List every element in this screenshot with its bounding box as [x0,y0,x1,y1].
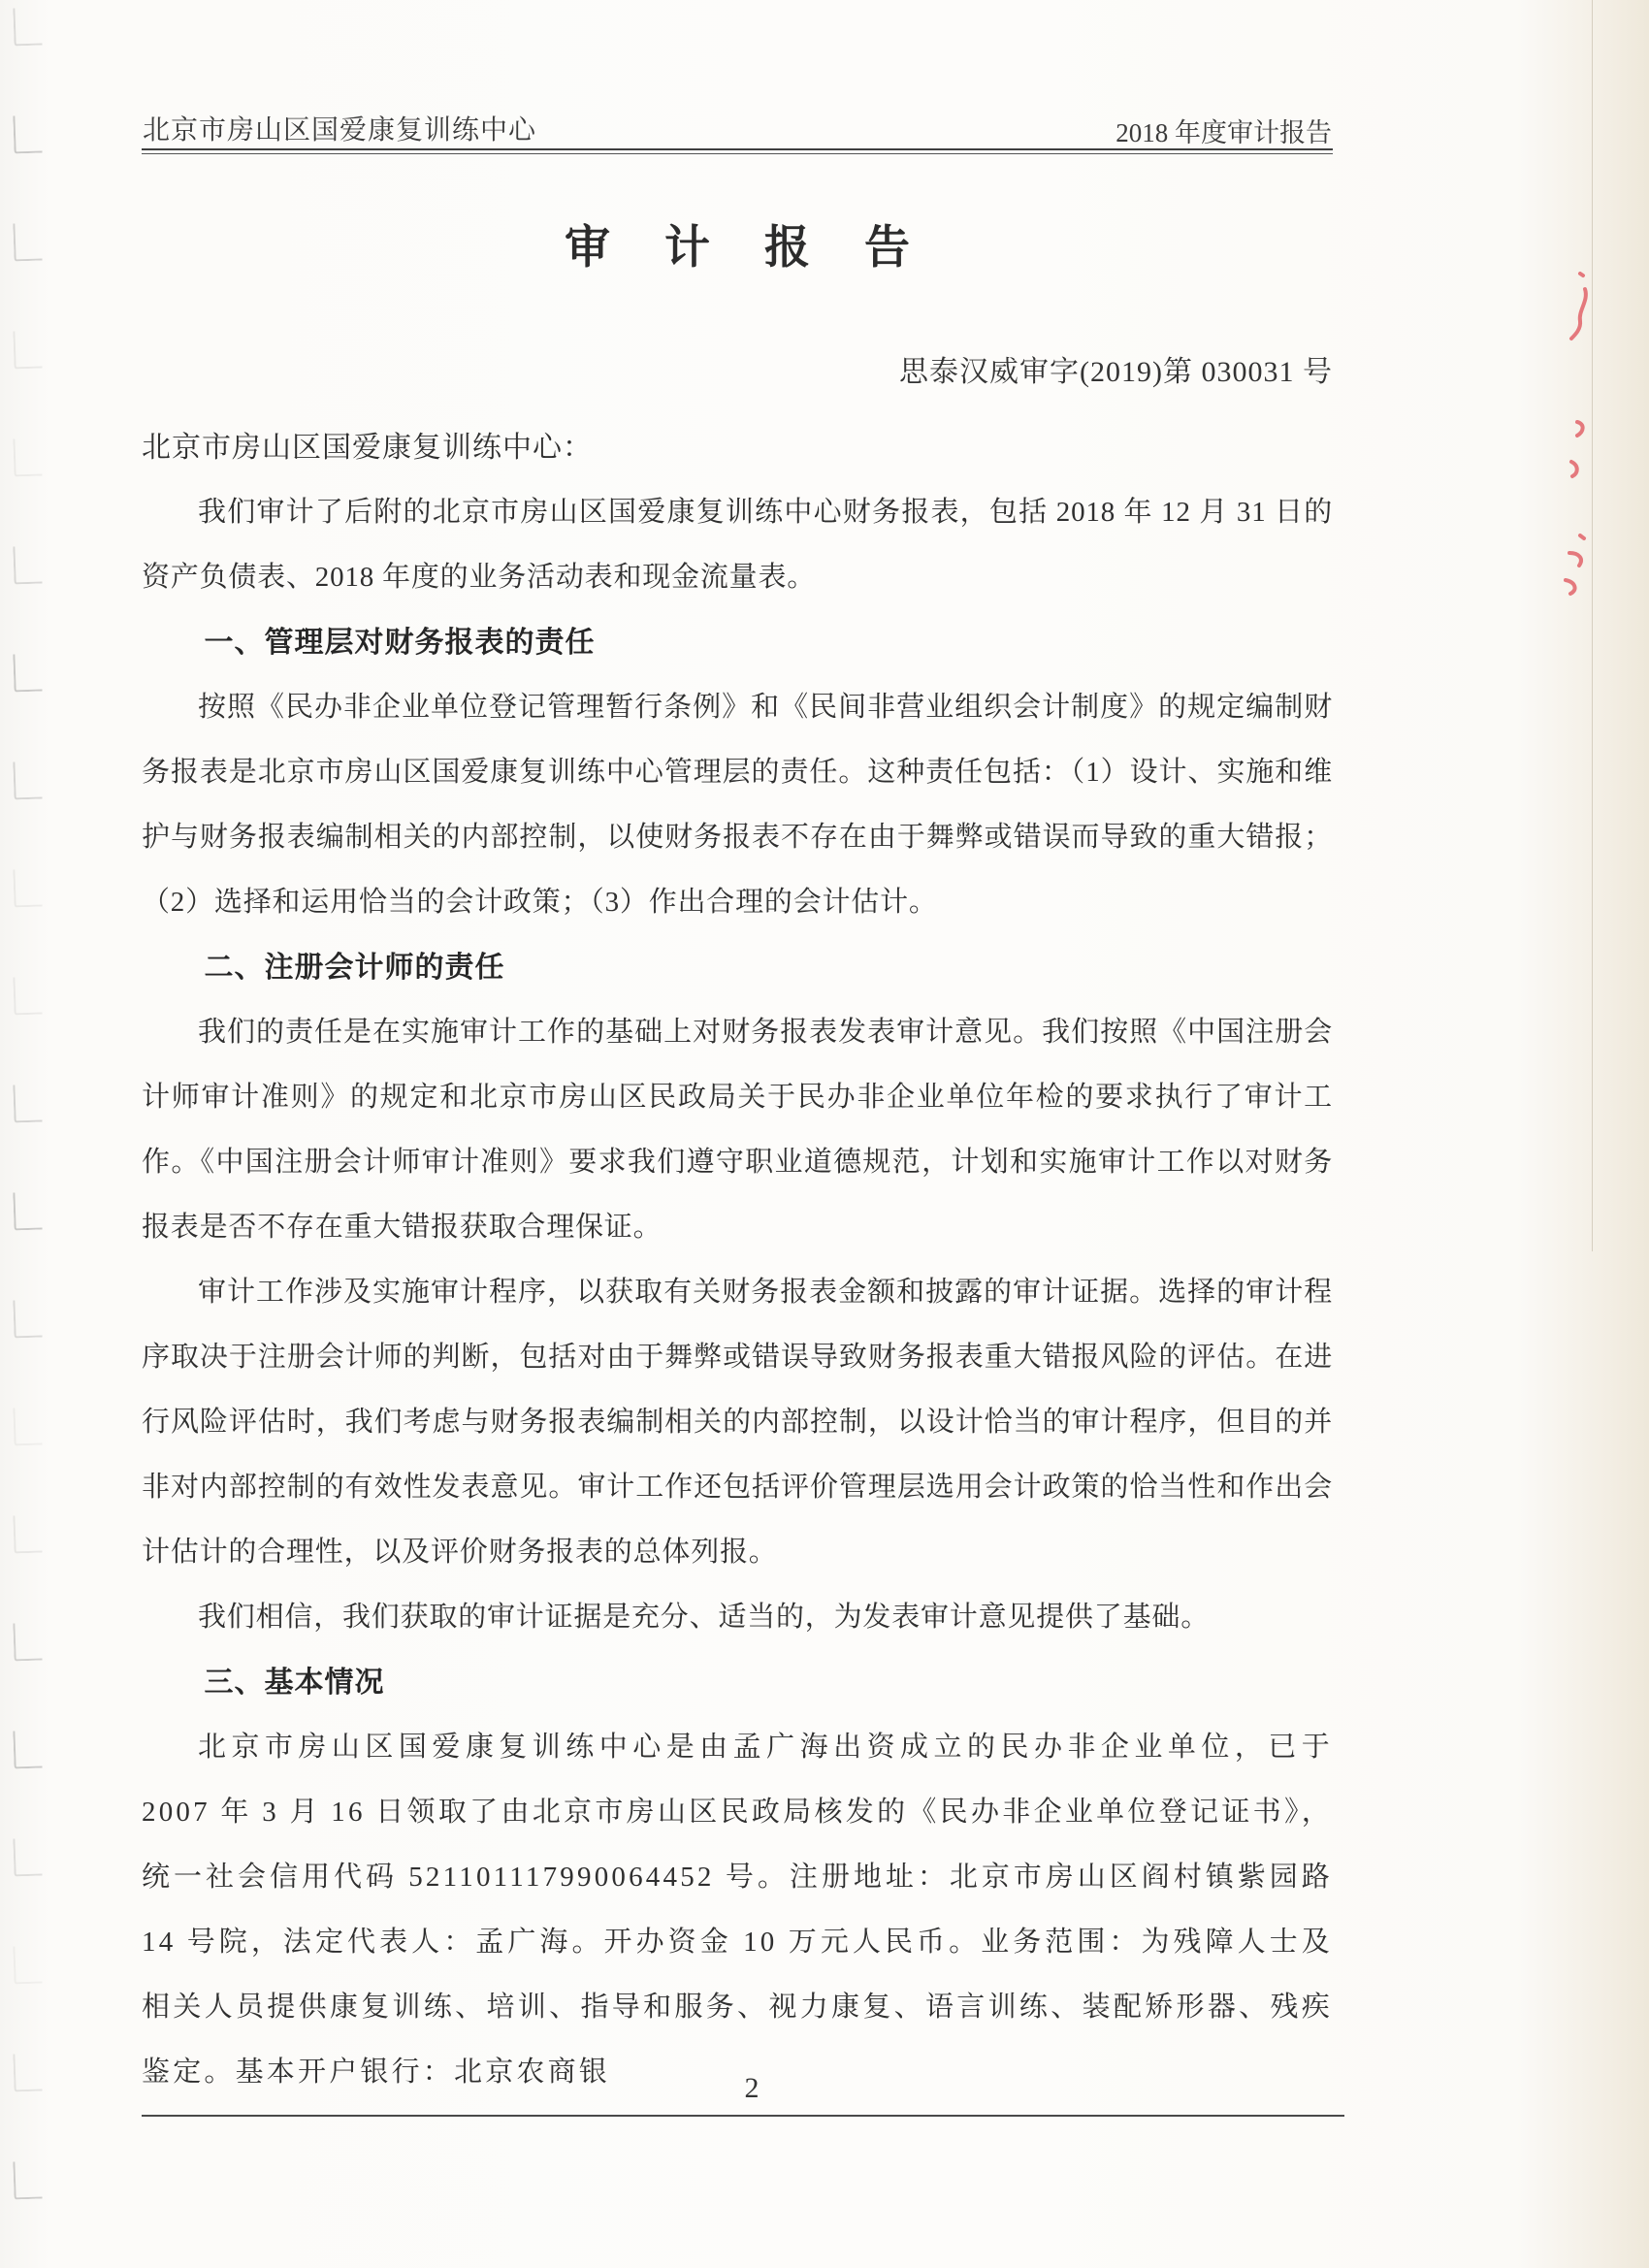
binding-hole-mark [13,115,42,154]
binding-hole-mark [13,761,42,800]
binding-hole-mark [13,977,42,1016]
reference-number: 思泰汉威审字(2019)第 030031 号 [142,347,1333,390]
binding-hole-mark [13,546,42,585]
page-edge-shadow [1592,0,1593,1251]
binding-hole-mark [13,654,42,693]
section-heading-cpa-responsibility: 二、注册会计师的责任 [142,935,1333,1000]
binding-hole-mark [13,1085,42,1123]
binding-hole-mark [13,223,42,262]
binding-hole-mark [13,331,42,370]
binding-hole-mark [13,2054,42,2092]
binding-hole-mark [13,8,42,47]
report-title: 审计报告 [142,211,1333,276]
paragraph-management-responsibility: 按照《民办非企业单位登记管理暂行条例》和《民间非营业组织会计制度》的规定编制财务… [142,675,1333,935]
header-right-title: 2018 年度审计报告 [142,112,1332,149]
binding-hole-mark [13,1623,42,1662]
paragraph-cpa-responsibility: 我们的责任是在实施审计工作的基础上对财务报表发表审计意见。我们按照《中国注册会计… [142,1000,1333,1260]
paragraph-basic-information: 北京市房山区国爱康复训练中心是由孟广海出资成立的民办非企业单位，已于 2007 … [142,1715,1333,2105]
binding-hole-mark [13,1731,42,1769]
scanned-audit-report-page: { "document": { "header": { "left_title"… [0,0,1649,2268]
section-heading-basic-information: 三、基本情况 [142,1650,1333,1715]
binding-hole-mark [13,869,42,908]
footer-rule [142,2115,1344,2117]
salutation: 北京市房山区国爱康复训练中心： [142,415,1333,480]
binding-hole-mark [13,1408,42,1446]
section-heading-management-responsibility: 一、管理层对财务报表的责任 [142,610,1333,675]
binding-hole-mark [13,1946,42,1985]
binding-hole-mark [13,1300,42,1339]
red-ink-artifact [1550,260,1618,609]
binding-hole-mark [13,438,42,477]
binding-hole-mark [13,1515,42,1554]
paragraph-audit-scope: 我们审计了后附的北京市房山区国爱康复训练中心财务报表，包括 2018 年 12 … [142,480,1333,610]
binding-hole-mark [13,2161,42,2200]
binding-hole-mark [13,1192,42,1231]
paragraph-audit-procedures: 审计工作涉及实施审计程序，以获取有关财务报表金额和披露的审计证据。选择的审计程序… [142,1260,1333,1585]
page-number: 2 [142,2072,1333,2105]
binding-hole-mark [13,1838,42,1877]
paragraph-audit-evidence: 我们相信，我们获取的审计证据是充分、适当的，为发表审计意见提供了基础。 [142,1585,1333,1650]
header-rule [142,148,1333,154]
report-body: 北京市房山区国爱康复训练中心： 我们审计了后附的北京市房山区国爱康复训练中心财务… [142,415,1333,2105]
